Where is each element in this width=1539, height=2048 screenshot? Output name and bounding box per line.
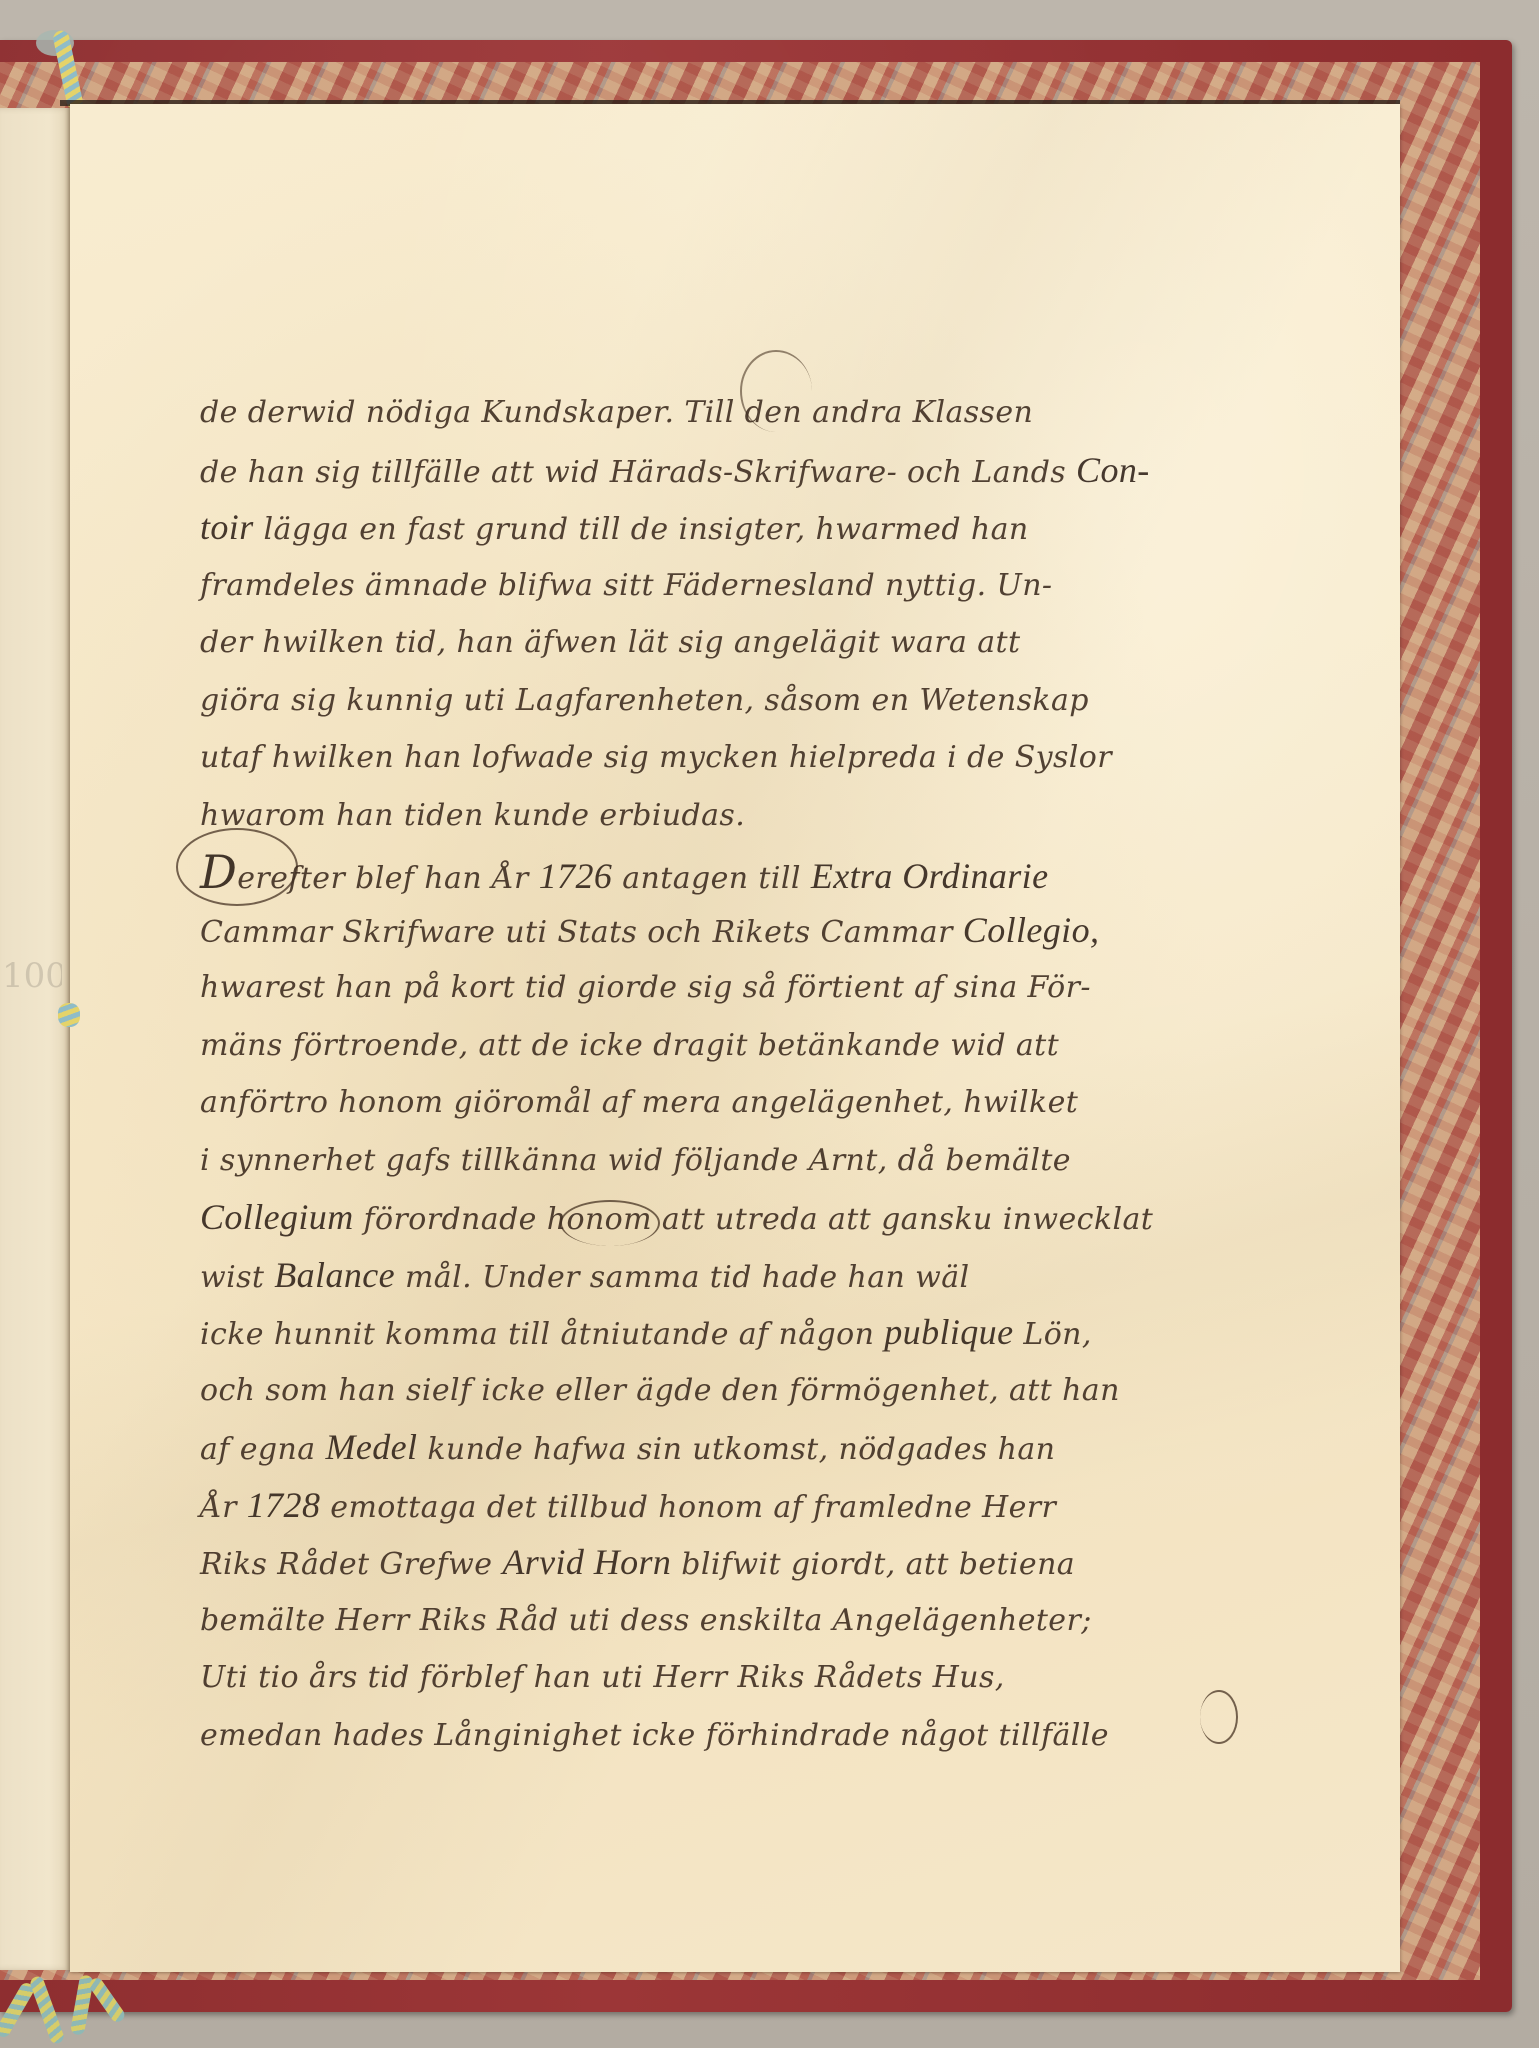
text-line: giöra sig kunnig uti Lagfarenheten, såso… — [200, 672, 1290, 730]
text-line: hwarest han på kort tid giorde sig så fö… — [200, 959, 1290, 1017]
text-line: emedan hades Långinighet icke förhindrad… — [200, 1707, 1290, 1765]
text-line: Uti tio års tid förblef han uti Herr Rik… — [200, 1649, 1290, 1707]
binding-cord-bottom — [0, 1975, 130, 2048]
text-line: År 1728 emottaga det tillbud honom af fr… — [200, 1477, 1290, 1535]
text-line: der hwilken tid, han äfwen lät sig angel… — [200, 614, 1290, 672]
text-line: och som han sielf icke eller ägde den fö… — [200, 1362, 1290, 1420]
text-line: anförtro honom giöromål af mera angeläge… — [200, 1074, 1290, 1132]
binding-cord-stitch — [58, 1003, 80, 1027]
text-line: i synnerhet gafs tillkänna wid följande … — [200, 1132, 1290, 1190]
text-line: icke hunnit komma till åtniutande af någ… — [200, 1304, 1290, 1362]
text-line: wist Balance mål. Under samma tid hade h… — [200, 1247, 1290, 1305]
text-line: mäns förtroende, att de icke dragit betä… — [200, 1017, 1290, 1075]
text-line: Riks Rådet Grefwe Arvid Horn blifwit gio… — [200, 1534, 1290, 1592]
text-line: de han sig tillfälle att wid Härads-Skri… — [200, 442, 1290, 500]
left-page-edge: 100 — [0, 108, 70, 1970]
text-line: hwarom han tiden kunde erbiudas. — [200, 787, 1290, 845]
text-line: toir lägga en fast grund till de insigte… — [200, 499, 1290, 557]
text-line: Cammar Skrifware uti Stats och Rikets Ca… — [200, 902, 1290, 960]
drop-initial: D — [200, 845, 237, 899]
text-line: bemälte Herr Riks Råd uti dess enskilta … — [200, 1592, 1290, 1650]
text-line: framdeles ämnade blifwa sitt Fäderneslan… — [200, 557, 1290, 615]
text-line: utaf hwilken han lofwade sig mycken hiel… — [200, 729, 1290, 787]
text-line-paragraph-start: Derefter blef han År 1726 antagen till E… — [200, 844, 1290, 902]
left-page-ghost-text: 100 — [2, 958, 62, 1158]
text-line: Collegium förordnade honom att utreda at… — [200, 1189, 1290, 1247]
manuscript-text: de derwid nödiga Kundskaper. Till den an… — [200, 384, 1290, 1764]
text-line: de derwid nödiga Kundskaper. Till den an… — [200, 384, 1290, 442]
text-line: af egna Medel kunde hafwa sin utkomst, n… — [200, 1419, 1290, 1477]
